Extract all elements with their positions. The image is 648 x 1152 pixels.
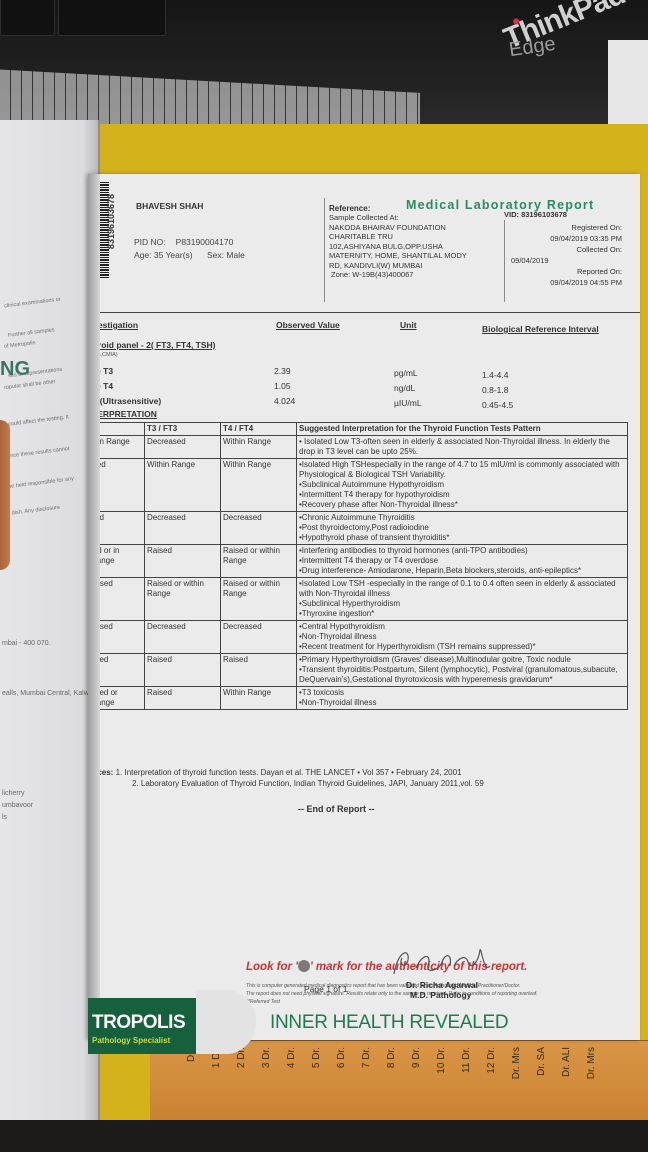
interpretation-line: •Chronic Autoimmune Thyroiditis — [299, 513, 625, 523]
table-row: ased or RangeRaisedWithin Range•T3 toxic… — [89, 687, 628, 710]
test-value: 1.05 — [274, 381, 291, 391]
folder-tab-entry: 6 Dr. — [336, 1047, 347, 1068]
reference-box: Reference: Sample Collected At:NAKODA BH… — [324, 198, 504, 302]
sex-value: Male — [226, 250, 244, 260]
address-line: Sample Collected At: — [329, 213, 504, 223]
folder-tab-entry: 8 Dr. — [386, 1047, 397, 1068]
age-label: Age: — [134, 250, 152, 260]
laptop-model: Edge — [508, 33, 557, 62]
references: ences: 1. Interpretation of thyroid func… — [88, 767, 484, 789]
brand-subtitle: Pathology Specialist — [92, 1036, 170, 1045]
interpretation-line: •Subclinical Autoimmune Hypothyroidism — [299, 480, 625, 490]
brand-decorative-curve — [196, 990, 256, 1054]
barcode-number: 83196103678 — [106, 194, 116, 249]
left-page-text-fragment: ealls, Mumbai Central, Kalwa — [2, 690, 93, 697]
t4-cell: Decreased — [221, 512, 297, 545]
t3-cell: Raised — [145, 545, 221, 578]
interpretation-cell: •T3 toxicosis•Non-Thyroidal illness — [297, 687, 628, 710]
interpretation-line: •Central Hypothyroidism — [299, 622, 625, 632]
zone: Zone: W-19B(43)400067 — [331, 270, 504, 280]
interpretation-cell: •Isolated Low TSH -especially in the ran… — [297, 578, 628, 621]
t4-cell: Decreased — [221, 621, 297, 654]
folder-tab-entry: 9 Dr. — [411, 1047, 422, 1068]
interpretation-line: • Isolated Low T3-often seen in elderly … — [299, 437, 625, 457]
fine-print-line: The report does not need physical signat… — [246, 990, 538, 998]
left-page-text-fragment: could affect the testing. It — [8, 414, 69, 427]
left-page-text-fragment: licherry — [2, 790, 25, 797]
folder-tab-entry: Dr. Mrs — [511, 1047, 522, 1079]
table-row: sedDecreasedDecreased•Chronic Autoimmune… — [89, 512, 628, 545]
page-number: Page 1 of 1 — [304, 984, 347, 994]
table-header-cell: Suggested Interpretation for the Thyroid… — [297, 423, 628, 436]
interpretation-cell: •Isolated High TSHespecially in the rang… — [297, 459, 628, 512]
finger — [0, 420, 10, 570]
test-unit: ng/dL — [394, 383, 415, 393]
reference-item: 2. Laboratory Evaluation of Thyroid Func… — [88, 778, 484, 789]
interpretation-line: •Drug interference- Amiodarone, Heparin,… — [299, 566, 625, 576]
fine-print: This is computer generated medical diagn… — [246, 982, 538, 1006]
t4-cell: Raised or within Range — [221, 578, 297, 621]
left-page-text-fragment: of Metropolis — [4, 340, 36, 350]
interpretation-cell: •Primary Hyperthyroidism (Graves' diseas… — [297, 654, 628, 687]
report-dates: Registered On: 09/04/2019 03:35 PM Colle… — [504, 220, 622, 302]
left-page-text-fragment: Further all samples — [8, 327, 55, 339]
doctor-name: Dr. Richa Agarwal — [406, 980, 478, 990]
folder-tab-entry: 11 Dr. — [461, 1047, 472, 1073]
panel-title: hyroid panel - 2( FT3, FT4, TSH) — [88, 340, 216, 350]
left-page-text-fragment: ng dish. Any disclosure — [4, 505, 61, 518]
table-row: easedRaised or within RangeRaised or wit… — [89, 578, 628, 621]
left-page-text-fragment: hence these results cannot — [4, 446, 70, 460]
table-row: isedWithin RangeWithin Range•Isolated Hi… — [89, 459, 628, 512]
t3-cell: Raised or within Range — [145, 578, 221, 621]
interpretation-line: •Non-Thyroidal illness — [299, 632, 625, 642]
age-value: 35 Year(s) — [154, 250, 193, 260]
test-unit: pg/mL — [394, 368, 418, 378]
col-reference-interval: Biological Reference Interval — [482, 324, 599, 334]
end-of-report: -- End of Report -- — [298, 804, 374, 814]
left-page-text-fragment: mbai - 400 070. — [2, 640, 51, 647]
collected-label: Collected On: — [505, 244, 622, 255]
table-row: ied or in RangeRaisedRaised or within Ra… — [89, 545, 628, 578]
folder-tab-entry: 5 Dr. — [311, 1047, 322, 1068]
address-line: RD, KANDIVLI(W) MUMBAI — [329, 261, 504, 271]
authenticity-prefix: Look for ' — [246, 961, 298, 973]
interpretation-line: •Post thyroidectomy,Post radioiodine — [299, 523, 625, 533]
pid-value: P83190004170 — [176, 237, 234, 247]
folder-tab-entry: Dr. Mrs — [586, 1047, 597, 1079]
t4-cell: Within Range — [221, 687, 297, 710]
authenticity-mark-icon — [298, 960, 310, 972]
test-reference-range: 0.45-4.5 — [482, 400, 513, 410]
interpretation-line: •Isolated High TSHespecially in the rang… — [299, 460, 625, 480]
interpretation-line: •Primary Hyperthyroidism (Graves' diseas… — [299, 655, 625, 665]
t3-cell: Decreased — [145, 436, 221, 459]
interpretation-line: •Recovery phase after Non-Thyroidal illn… — [299, 500, 625, 510]
sample-collection-address: Sample Collected At:NAKODA BHAIRAV FOUND… — [329, 213, 504, 270]
interpretation-cell: • Isolated Low T3-often seen in elderly … — [297, 436, 628, 459]
interpretation-line: •Intermittent T4 therapy or T4 overdose — [299, 556, 625, 566]
header-divider — [88, 312, 640, 313]
interpretation-line: •Thyroxine ingestion* — [299, 609, 625, 619]
left-page-text-fragment: clinical examinations or — [4, 297, 61, 310]
address-line: 102,ASHIYANA BULG,OPP.USHA — [329, 242, 504, 252]
test-unit: µIU/mL — [394, 398, 422, 408]
tagline: INNER HEALTH REVEALED — [270, 1012, 508, 1034]
folder-tab-entry: 7 Dr. — [361, 1047, 372, 1068]
left-page-text-fragment: umbavoor — [2, 802, 33, 809]
interpretation-line: •Isolated Low TSH -especially in the ran… — [299, 579, 625, 599]
sex-label: Sex: — [207, 250, 224, 260]
interpretation-cell: •Central Hypothyroidism•Non-Thyroidal il… — [297, 621, 628, 654]
desk-surface — [0, 1120, 648, 1152]
interpretation-table: HT3 / FT3T4 / FT4Suggested Interpretatio… — [88, 422, 628, 710]
fine-print-line: This is computer generated medical diagn… — [246, 982, 538, 990]
table-header-cell: T3 / FT3 — [145, 423, 221, 436]
left-page-text-fragment: ls — [2, 814, 7, 821]
result-row: SH(Ultrasensitive)4.024µIU/mL0.45-4.5 — [88, 396, 640, 408]
interpretation-cell: •Chronic Autoimmune Thyroiditis•Post thy… — [297, 512, 628, 545]
laptop-key — [58, 0, 166, 36]
test-reference-range: 1.4-4.4 — [482, 370, 508, 380]
interpretation-cell: •Interfering antibodies to thyroid hormo… — [297, 545, 628, 578]
folder-tab-entry: 10 Dr. — [436, 1047, 447, 1074]
interpretation-line: •Subclinical Hyperthyroidism — [299, 599, 625, 609]
interpretation-line: •Interfering antibodies to thyroid hormo… — [299, 546, 625, 556]
left-page-text-fragment: be held responsible for any — [8, 476, 74, 490]
folder-tab-entry: 12 Dr. — [486, 1047, 497, 1074]
table-row: thin RangeDecreasedWithin Range• Isolate… — [89, 436, 628, 459]
col-observed-value: Observed Value — [276, 320, 340, 330]
vid: VID: 83196103678 — [504, 210, 567, 219]
t4-cell: Raised — [221, 654, 297, 687]
address-line: NAKODA BHAIRAV FOUNDATION — [329, 223, 504, 233]
test-value: 4.024 — [274, 396, 295, 406]
doctor-signatory: Dr. Richa Agarwal M.D. Pathology — [406, 980, 478, 1000]
folder-tab-entry: Dr. SA — [536, 1047, 547, 1076]
laptop-key — [0, 0, 55, 36]
t3-cell: Within Range — [145, 459, 221, 512]
t3-cell: Raised — [145, 687, 221, 710]
signature-icon — [388, 944, 498, 978]
interpretation-title: TERPRETATION — [92, 409, 157, 419]
table-header-row: HT3 / FT3T4 / FT4Suggested Interpretatio… — [89, 423, 628, 436]
result-row: ree T32.39pg/mL1.4-4.4 — [88, 366, 640, 378]
collected-date: 09/04/2019 — [505, 255, 622, 266]
interpretation-line: •Non-Thyroidal illness — [299, 698, 625, 708]
reference-item: 1. Interpretation of thyroid function te… — [116, 768, 462, 777]
address-line: MATERNITY, HOME, SHANTILAL MODY — [329, 251, 504, 261]
reported-date: 09/04/2019 04:55 PM — [505, 277, 622, 288]
pid-label: PID NO: — [134, 237, 166, 247]
interpretation-line: •Transient thyroiditis:Postpartum, Silen… — [299, 665, 625, 685]
brand-logo: TROPOLIS Pathology Specialist — [88, 998, 196, 1054]
interpretation-line: •Recent treatment for Hyperthyroidism (T… — [299, 642, 625, 652]
registered-label: Registered On: — [505, 222, 622, 233]
patient-name: BHAVESH SHAH — [136, 201, 203, 211]
interpretation-line: •Hypothyroid phase of transient thyroidi… — [299, 533, 625, 543]
table-row: easedDecreasedDecreased•Central Hypothyr… — [89, 621, 628, 654]
folder-tab-entry: 4 Dr. — [286, 1047, 297, 1068]
interpretation-line: •Intermittent T4 therapy for hypothyroid… — [299, 490, 625, 500]
lab-report-sheet: 83196103678 BHAVESH SHAH PID NO:P8319000… — [88, 174, 640, 1040]
address-line: CHARITABLE TRU — [329, 232, 504, 242]
t3-cell: Raised — [145, 654, 221, 687]
brand-name: TROPOLIS — [92, 1012, 185, 1034]
registered-date: 09/04/2019 03:35 PM — [505, 233, 622, 244]
t4-cell: Within Range — [221, 459, 297, 512]
folder-tab-entry: 3 Dr. — [261, 1047, 272, 1068]
col-unit: Unit — [400, 320, 417, 330]
table-header-cell: T4 / FT4 — [221, 423, 297, 436]
folder-tab-entry: Dr. ALI — [561, 1047, 572, 1077]
left-booklet-page: NG clinical examinations orFurther all s… — [0, 120, 100, 1120]
doctor-degree: M.D. Pathology — [406, 990, 478, 1000]
t4-cell: Raised or within Range — [221, 545, 297, 578]
t3-cell: Decreased — [145, 512, 221, 545]
patient-id: PID NO:P83190004170 — [134, 237, 233, 247]
folder-tab-doctor-list: DO1 Dr.2 Dr.3 Dr.4 Dr.5 Dr.6 Dr.7 Dr.8 D… — [186, 1047, 648, 1113]
t4-cell: Within Range — [221, 436, 297, 459]
reported-label: Reported On: — [505, 266, 622, 277]
fine-print-line: **Referred Test — [246, 998, 538, 1006]
table-row: asedRaisedRaised•Primary Hyperthyroidism… — [89, 654, 628, 687]
result-row: ree T41.05ng/dL0.8-1.8 — [88, 381, 640, 393]
test-reference-range: 0.8-1.8 — [482, 385, 508, 395]
t3-cell: Decreased — [145, 621, 221, 654]
patient-age-sex: Age: 35 Year(s) Sex: Male — [134, 250, 245, 260]
report-binding-edge — [88, 174, 100, 1040]
test-value: 2.39 — [274, 366, 291, 376]
interpretation-line: •T3 toxicosis — [299, 688, 625, 698]
